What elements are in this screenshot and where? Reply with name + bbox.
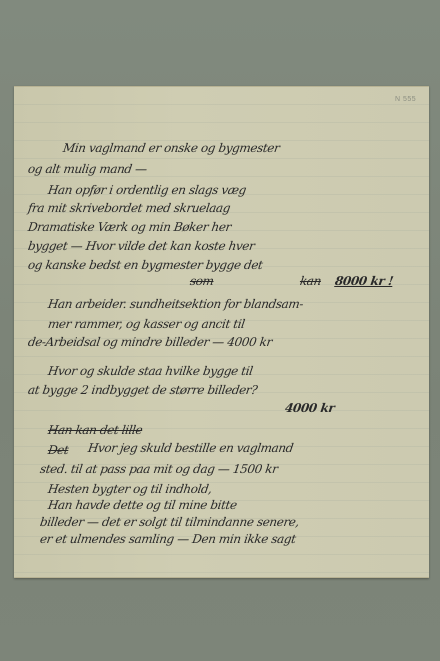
handwritten-line: bygget — Hvor vilde det kan koste hver [27,239,255,253]
struck-text-line: kan [299,274,322,288]
handwritten-line: Hesten bygter og til indhold, [47,482,213,496]
struck-text-line: som [189,274,215,288]
handwritten-line: 8000 kr ! [334,274,394,288]
handwritten-line: Han havde dette og til mine bitte [47,498,238,512]
handwritten-line: Min vaglmand er onske og bygmester [62,141,280,155]
handwritten-line: de-Arbeidsal og mindre billeder — 4000 k… [27,335,273,349]
struck-text-line: Det [47,443,69,457]
handwritten-line: 4000 kr [284,401,335,415]
handwritten-line: Han arbeider. sundheitsektion for blands… [47,297,304,311]
handwritten-line: Han opfør i ordentlig en slags væg [47,183,247,197]
manuscript-page: N 555 Min vaglmand er onske og bygmester… [14,86,429,578]
handwritten-line: Dramatiske Værk og min Bøker her [27,220,232,234]
handwritten-line: Hvor og skulde staa hvilke bygge til [47,364,254,378]
struck-text-line: Han kan det lille [47,423,143,437]
handwritten-line: og alt mulig mand — [27,162,148,176]
handwritten-line: fra mit skrivebordet med skruelaag [27,201,231,215]
handwritten-line: billeder — det er solgt til tilmindanne … [39,515,300,529]
handwritten-line: mer rammer, og kasser og ancit til [47,317,246,331]
handwritten-line: sted. til at pass paa mit og dag — 1500 … [39,462,279,476]
handwritten-line: Hvor jeg skuld bestille en vaglmand [87,441,294,455]
handwritten-line: at bygge 2 indbygget de større billeder? [27,383,258,397]
handwritten-line: og kanske bedst en bygmester bygge det [27,258,263,272]
archive-label: N 555 [395,96,416,103]
handwritten-line: er et ulmendes samling — Den min ikke sa… [39,532,297,546]
